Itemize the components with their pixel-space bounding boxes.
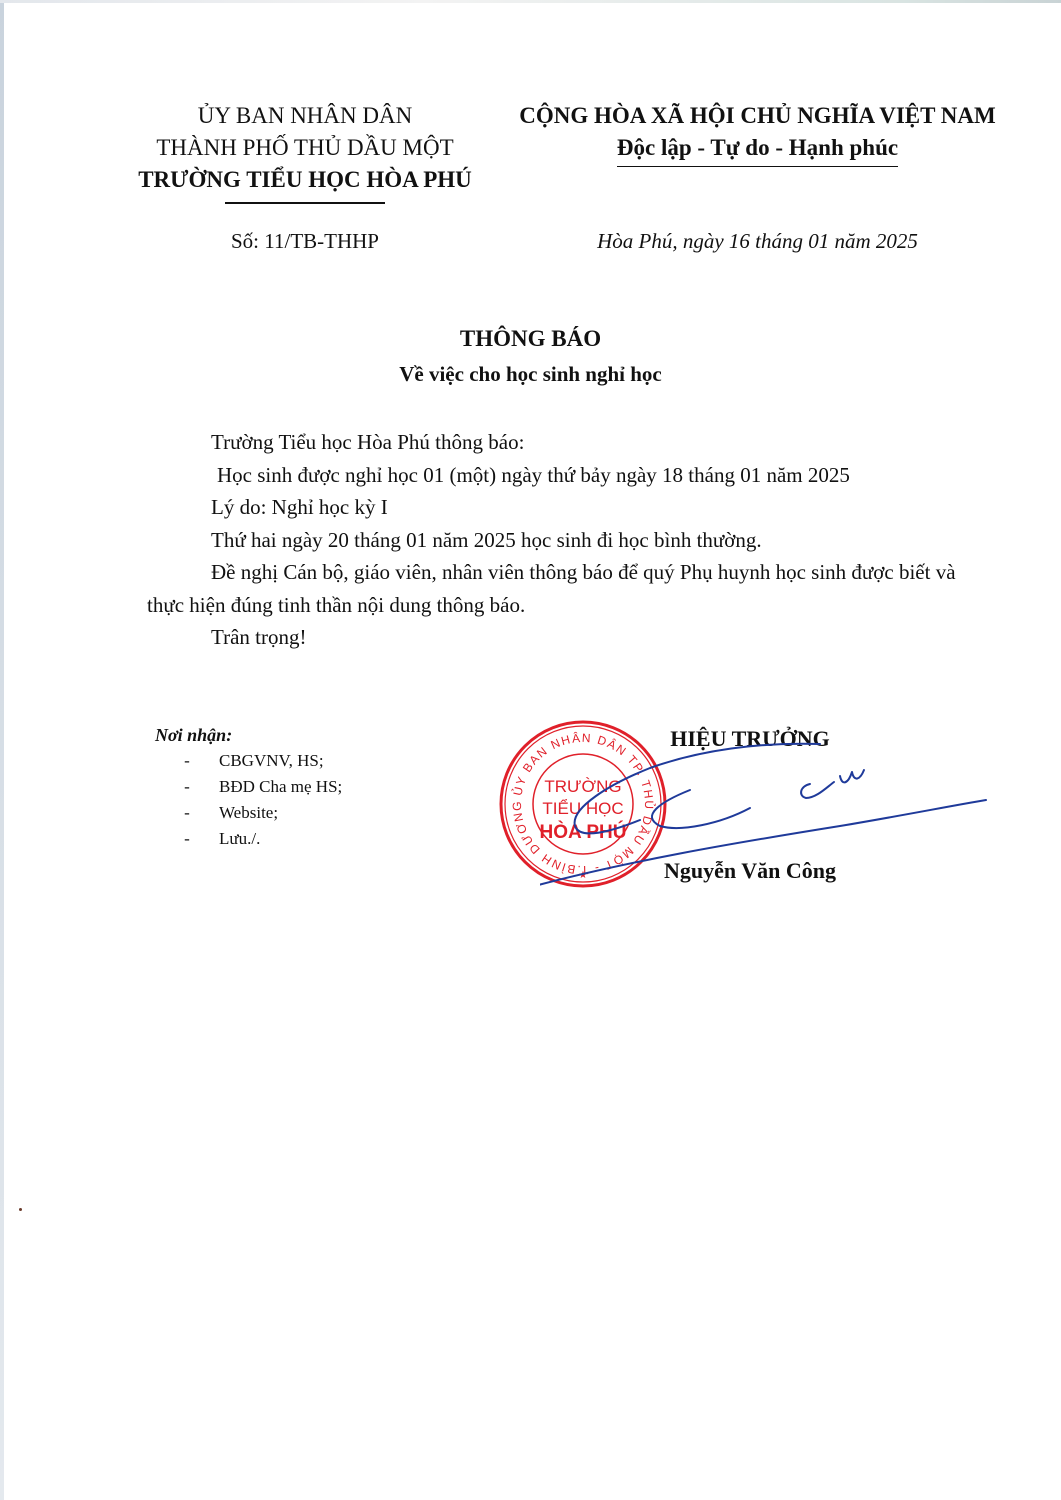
signatory-name: Nguyễn Văn Công: [600, 858, 900, 884]
recipient-item: -CBGVNV, HS;: [155, 748, 342, 774]
body-paragraph: Thứ hai ngày 20 tháng 01 năm 2025 học si…: [147, 524, 967, 557]
authority-line-2: THÀNH PHỐ THỦ DẦU MỘT: [100, 132, 510, 164]
scan-edge-left: [0, 0, 4, 1500]
body-paragraph: Trân trọng!: [147, 621, 967, 654]
scan-edge-top: [0, 0, 1061, 3]
authority-line-1: ỦY BAN NHÂN DÂN: [100, 100, 510, 132]
national-motto: Độc lập - Tự do - Hạnh phúc: [617, 132, 898, 167]
recipients-block: Nơi nhận: -CBGVNV, HS; -BĐD Cha mẹ HS; -…: [155, 722, 342, 852]
school-name: TRƯỜNG TIỂU HỌC HÒA PHÚ: [100, 164, 510, 196]
document-number: Số: 11/TB-THHP: [100, 229, 510, 254]
national-header: CỘNG HÒA XÃ HỘI CHỦ NGHĨA VIỆT NAM Độc l…: [505, 100, 1010, 167]
recipients-label: Nơi nhận:: [155, 722, 342, 748]
country-name: CỘNG HÒA XÃ HỘI CHỦ NGHĨA VIỆT NAM: [505, 100, 1010, 132]
document-title: THÔNG BÁO: [0, 326, 1061, 352]
scan-speck: [19, 1208, 22, 1211]
authority-underline: [225, 202, 385, 204]
recipient-item: -Lưu./.: [155, 826, 342, 852]
body-paragraph: Lý do: Nghỉ học kỳ I: [147, 491, 967, 524]
document-subtitle: Về việc cho học sinh nghỉ học: [0, 362, 1061, 387]
body-paragraph: Đề nghị Cán bộ, giáo viên, nhân viên thô…: [147, 556, 967, 621]
document-body: Trường Tiểu học Hòa Phú thông báo: Học s…: [147, 426, 967, 654]
body-paragraph: Trường Tiểu học Hòa Phú thông báo:: [147, 426, 967, 459]
body-paragraph: Học sinh được nghỉ học 01 (một) ngày thứ…: [147, 459, 967, 492]
issuing-authority: ỦY BAN NHÂN DÂN THÀNH PHỐ THỦ DẦU MỘT TR…: [100, 100, 510, 204]
recipient-item: -Website;: [155, 800, 342, 826]
recipient-item: -BĐD Cha mẹ HS;: [155, 774, 342, 800]
place-date: Hòa Phú, ngày 16 tháng 01 năm 2025: [505, 229, 1010, 254]
